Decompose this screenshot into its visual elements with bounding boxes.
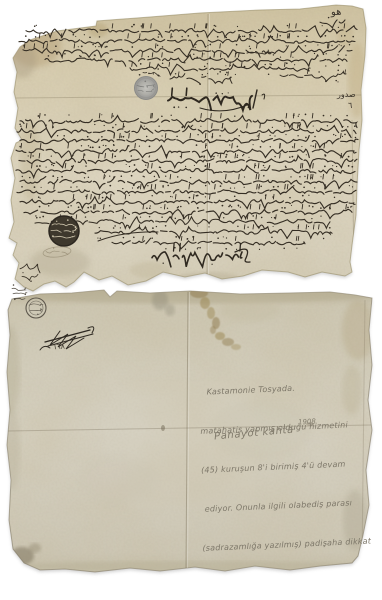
- diacritic-dot: [268, 50, 269, 51]
- alif-stroke: [151, 24, 152, 28]
- alif-stroke: [257, 184, 258, 189]
- diacritic-dot: [34, 25, 36, 27]
- alif-stroke: [287, 184, 288, 189]
- alif-stroke: [302, 163, 303, 168]
- diacritic-dot: [351, 166, 353, 168]
- diacritic-dot: [144, 176, 145, 177]
- alif-stroke: [21, 143, 22, 148]
- diacritic-dot: [235, 74, 236, 75]
- diacritic-dot: [72, 231, 74, 233]
- diacritic-dot: [22, 176, 23, 177]
- diacritic-dot: [226, 37, 228, 39]
- diacritic-dot: [248, 107, 250, 109]
- diacritic-dot: [329, 227, 331, 229]
- diacritic-dot: [101, 45, 103, 47]
- alif-stroke: [140, 34, 141, 38]
- diacritic-dot: [204, 66, 206, 68]
- alif-stroke: [181, 236, 182, 240]
- diacritic-dot: [88, 145, 89, 146]
- diacritic-dot: [338, 27, 339, 28]
- diacritic-dot: [99, 146, 101, 148]
- diacritic-dot: [80, 56, 82, 58]
- diacritic-dot: [291, 205, 292, 206]
- diacritic-dot: [199, 247, 201, 249]
- diacritic-dot: [229, 144, 230, 145]
- diacritic-dot: [244, 176, 245, 177]
- alif-stroke: [34, 44, 35, 48]
- diacritic-dot: [285, 166, 286, 167]
- diacritic-dot: [152, 227, 154, 229]
- alif-stroke: [296, 236, 297, 240]
- alif-stroke: [250, 204, 251, 209]
- diacritic-dot: [273, 226, 274, 227]
- diacritic-dot: [167, 185, 169, 187]
- alif-stroke: [211, 113, 212, 118]
- alif-stroke: [143, 204, 144, 209]
- diacritic-dot: [165, 225, 167, 227]
- diacritic-dot: [38, 115, 40, 117]
- diacritic-dot: [203, 155, 205, 157]
- alif-stroke: [222, 123, 223, 128]
- diacritic-dot: [19, 123, 21, 125]
- diacritic-dot: [191, 126, 193, 128]
- alif-stroke: [296, 24, 297, 28]
- diacritic-dot: [294, 64, 295, 65]
- diacritic-dot: [225, 65, 226, 66]
- diacritic-dot: [341, 45, 342, 46]
- alif-stroke: [99, 194, 100, 199]
- alif-stroke: [201, 113, 202, 118]
- diacritic-dot: [109, 185, 111, 187]
- alif-stroke: [135, 143, 136, 148]
- alif-stroke: [142, 24, 143, 28]
- diacritic-dot: [29, 177, 30, 178]
- diacritic-dot: [231, 206, 232, 207]
- diacritic-dot: [330, 115, 331, 116]
- diacritic-dot: [286, 237, 287, 238]
- alif-stroke: [151, 113, 152, 118]
- diacritic-dot: [109, 205, 110, 206]
- diacritic-dot: [88, 177, 89, 178]
- diacritic-dot: [87, 136, 89, 138]
- diacritic-dot: [99, 227, 100, 228]
- diacritic-dot: [328, 17, 329, 18]
- diacritic-dot: [133, 24, 135, 26]
- alif-stroke: [104, 204, 105, 209]
- diacritic-dot: [104, 125, 105, 126]
- diacritic-dot: [44, 114, 46, 116]
- alif-stroke: [61, 34, 62, 38]
- diacritic-dot: [41, 187, 42, 188]
- diacritic-dot: [131, 46, 133, 48]
- diacritic-dot: [71, 166, 73, 168]
- invocation-mark: هو: [331, 7, 341, 18]
- diacritic-dot: [36, 217, 38, 219]
- diacritic-dot: [200, 126, 201, 127]
- diacritic-dot: [225, 74, 226, 75]
- alif-stroke: [221, 113, 222, 118]
- diacritic-dot: [197, 207, 198, 208]
- alif-stroke: [112, 113, 113, 118]
- alif-stroke: [285, 62, 286, 66]
- alif-stroke: [257, 44, 258, 48]
- pencil-annotation: Kastamonie Tosyada. matahatis yapmış old…: [197, 352, 382, 580]
- diacritic-dot: [263, 165, 264, 166]
- diacritic-dot: [163, 263, 164, 264]
- diacritic-dot: [131, 26, 133, 28]
- diacritic-dot: [78, 206, 80, 208]
- diacritic-dot: [46, 167, 47, 168]
- alif-stroke: [74, 44, 75, 48]
- diacritic-dot: [81, 46, 83, 48]
- alif-stroke: [302, 204, 303, 209]
- diacritic-dot: [147, 86, 148, 87]
- alif-stroke: [232, 143, 233, 148]
- diacritic-dot: [308, 226, 309, 227]
- diacritic-dot: [70, 205, 71, 206]
- alif-stroke: [256, 215, 257, 219]
- diacritic-dot: [197, 247, 198, 248]
- diacritic-dot: [101, 114, 102, 115]
- diacritic-dot: [33, 125, 35, 127]
- diacritic-dot: [181, 127, 183, 129]
- diacritic-dot: [312, 206, 314, 208]
- diacritic-dot: [263, 175, 265, 177]
- diacritic-dot: [209, 56, 211, 58]
- diacritic-dot: [197, 225, 198, 226]
- diacritic-dot: [226, 154, 228, 156]
- diacritic-dot: [236, 44, 238, 46]
- alif-stroke: [247, 215, 248, 219]
- diacritic-dot: [81, 145, 82, 146]
- diacritic-dot: [320, 207, 322, 209]
- alif-stroke: [206, 24, 207, 28]
- diacritic-dot: [220, 185, 222, 187]
- alif-stroke: [193, 194, 194, 199]
- diacritic-dot: [293, 185, 294, 186]
- alif-stroke: [333, 174, 334, 179]
- diacritic-dot: [40, 198, 41, 199]
- diacritic-dot: [197, 34, 199, 36]
- diacritic-dot: [351, 206, 352, 207]
- diacritic-dot: [349, 44, 350, 45]
- diacritic-dot: [314, 187, 315, 188]
- diacritic-dot: [39, 217, 40, 218]
- diacritic-dot: [247, 226, 248, 227]
- diacritic-dot: [273, 186, 275, 188]
- alif-stroke: [148, 163, 149, 168]
- diacritic-dot: [158, 34, 159, 35]
- alif-stroke: [123, 215, 124, 219]
- diacritic-dot: [274, 135, 275, 136]
- diacritic-dot: [189, 197, 191, 199]
- diacritic-dot: [129, 166, 130, 167]
- diacritic-dot: [217, 155, 218, 156]
- diacritic-dot: [165, 154, 167, 156]
- diacritic-dot: [306, 35, 308, 37]
- diacritic-dot: [304, 176, 305, 177]
- alif-stroke: [47, 44, 48, 48]
- diacritic-dot: [35, 36, 37, 38]
- embossed-round-seal: [135, 77, 158, 100]
- diacritic-dot: [298, 116, 299, 117]
- alif-stroke: [346, 204, 347, 209]
- alif-stroke: [172, 215, 173, 219]
- diacritic-dot: [90, 146, 92, 148]
- diacritic-dot: [240, 36, 241, 37]
- diacritic-dot: [207, 45, 208, 46]
- diacritic-dot: [219, 71, 221, 73]
- alif-stroke: [149, 62, 150, 66]
- diacritic-dot: [165, 248, 166, 249]
- diacritic-dot: [217, 237, 219, 239]
- diacritic-dot: [214, 25, 216, 27]
- diacritic-dot: [197, 36, 198, 37]
- diacritic-dot: [34, 186, 36, 188]
- alif-stroke: [151, 184, 152, 189]
- margin-word: صدور: [337, 90, 356, 99]
- diacritic-dot: [252, 215, 254, 217]
- diacritic-dot: [53, 247, 54, 248]
- alif-stroke: [209, 163, 210, 168]
- alif-stroke: [140, 184, 141, 189]
- alif-stroke: [230, 62, 231, 66]
- diacritic-dot: [244, 187, 245, 188]
- alif-stroke: [258, 163, 259, 168]
- alif-stroke: [125, 194, 126, 199]
- diacritic-dot: [289, 197, 291, 199]
- diacritic-dot: [149, 146, 151, 148]
- pencil-date: 1908: [298, 418, 316, 427]
- alif-stroke: [190, 133, 191, 138]
- alif-stroke: [298, 225, 299, 229]
- alif-stroke: [110, 194, 111, 199]
- alif-stroke: [277, 34, 278, 38]
- diacritic-dot: [51, 155, 52, 156]
- alif-stroke: [84, 153, 85, 158]
- pencil-annotation-line: ediyor. Onunla ilgili olabediş parası: [205, 495, 380, 516]
- diacritic-dot: [333, 134, 334, 135]
- diacritic-dot: [342, 126, 343, 127]
- alif-stroke: [99, 113, 100, 118]
- alif-stroke: [132, 62, 133, 66]
- alif-stroke: [152, 53, 153, 57]
- diacritic-dot: [354, 125, 356, 127]
- diacritic-dot: [101, 136, 103, 138]
- alif-stroke: [105, 153, 106, 158]
- diacritic-dot: [253, 144, 254, 145]
- diacritic-dot: [277, 186, 279, 188]
- alif-stroke: [325, 184, 326, 189]
- alif-stroke: [259, 184, 260, 189]
- alif-stroke: [344, 24, 345, 28]
- alif-stroke: [165, 133, 166, 138]
- diacritic-dot: [181, 36, 182, 37]
- alif-stroke: [40, 113, 41, 118]
- diacritic-dot: [290, 176, 291, 177]
- diacritic-dot: [149, 155, 150, 156]
- diacritic-dot: [178, 106, 179, 107]
- alif-stroke: [313, 163, 314, 168]
- diacritic-dot: [211, 264, 212, 265]
- diacritic-dot: [260, 146, 262, 148]
- diacritic-dot: [175, 218, 176, 219]
- diacritic-dot: [242, 36, 243, 37]
- alif-stroke: [323, 174, 324, 179]
- diacritic-dot: [170, 196, 171, 197]
- diacritic-dot: [48, 55, 50, 57]
- diacritic-dot: [114, 225, 115, 226]
- diacritic-dot: [211, 155, 213, 157]
- diacritic-dot: [13, 284, 15, 286]
- diacritic-dot: [249, 46, 250, 47]
- alif-stroke: [306, 225, 307, 229]
- diacritic-dot: [113, 227, 115, 229]
- diacritic-dot: [248, 157, 249, 158]
- diacritic-dot: [157, 68, 159, 70]
- diacritic-dot: [109, 175, 110, 176]
- diacritic-dot: [292, 146, 293, 147]
- alif-stroke: [112, 153, 113, 158]
- alif-stroke: [206, 24, 207, 28]
- diacritic-dot: [180, 206, 182, 208]
- alif-stroke: [112, 24, 113, 28]
- diacritic-dot: [171, 115, 172, 116]
- diacritic-dot: [33, 175, 34, 176]
- diacritic-dot: [139, 74, 141, 76]
- diacritic-dot: [177, 207, 179, 209]
- diacritic-dot: [25, 35, 27, 37]
- diacritic-dot: [341, 35, 342, 36]
- diacritic-dot: [48, 205, 49, 206]
- alif-stroke: [298, 236, 299, 240]
- diacritic-dot: [195, 44, 196, 45]
- alif-stroke: [226, 174, 227, 179]
- alif-stroke: [264, 34, 265, 38]
- diacritic-dot: [254, 35, 256, 37]
- alif-stroke: [172, 88, 173, 95]
- alif-stroke: [24, 44, 25, 48]
- diacritic-dot: [222, 205, 224, 207]
- diacritic-dot: [208, 226, 209, 227]
- diacritic-dot: [270, 146, 271, 147]
- diacritic-dot: [286, 45, 287, 46]
- diacritic-dot: [229, 205, 231, 207]
- alif-stroke: [315, 143, 316, 148]
- alif-stroke: [169, 62, 170, 66]
- alif-stroke: [26, 123, 27, 128]
- diacritic-dot: [140, 217, 141, 218]
- diacritic-dot: [237, 155, 238, 156]
- diacritic-dot: [154, 176, 155, 177]
- alif-stroke: [186, 88, 187, 95]
- diacritic-dot: [348, 165, 350, 167]
- diacritic-dot: [184, 62, 185, 63]
- diacritic-dot: [239, 135, 240, 136]
- diacritic-dot: [113, 115, 114, 116]
- diacritic-dot: [146, 208, 148, 210]
- diacritic-dot: [144, 80, 146, 82]
- alif-stroke: [205, 143, 206, 148]
- alif-stroke: [155, 184, 156, 189]
- alif-stroke: [31, 153, 32, 158]
- diacritic-dot: [268, 74, 270, 76]
- diacritic-dot: [228, 92, 229, 93]
- alif-stroke: [311, 174, 312, 179]
- diacritic-dot: [347, 126, 348, 127]
- diacritic-dot: [95, 46, 96, 47]
- diacritic-dot: [334, 197, 335, 198]
- diacritic-dot: [298, 114, 299, 115]
- diacritic-dot: [321, 36, 322, 37]
- alif-stroke: [330, 204, 331, 209]
- diacritic-dot: [313, 145, 315, 147]
- diacritic-dot: [30, 280, 32, 282]
- diacritic-dot: [280, 57, 281, 58]
- diacritic-dot: [320, 176, 321, 177]
- diacritic-dot: [219, 135, 220, 136]
- diacritic-dot: [308, 195, 309, 196]
- diacritic-dot: [201, 155, 203, 157]
- diacritic-dot: [303, 186, 305, 188]
- alif-stroke: [91, 194, 92, 199]
- diacritic-dot: [39, 165, 41, 167]
- diacritic-dot: [139, 146, 140, 147]
- alif-stroke: [189, 184, 190, 189]
- alif-stroke: [285, 184, 286, 189]
- diacritic-dot: [337, 70, 339, 72]
- diacritic-dot: [236, 156, 238, 158]
- alif-stroke: [162, 53, 163, 57]
- alif-stroke: [39, 153, 40, 158]
- diacritic-dot: [153, 73, 154, 74]
- diacritic-dot: [32, 155, 33, 156]
- diacritic-dot: [259, 249, 260, 250]
- diacritic-dot: [281, 207, 283, 209]
- alif-stroke: [256, 174, 257, 179]
- diacritic-dot: [286, 62, 288, 64]
- alif-stroke: [265, 194, 266, 199]
- diacritic-dot: [342, 136, 343, 137]
- alif-stroke: [123, 123, 124, 128]
- diacritic-dot: [310, 145, 311, 146]
- diacritic-dot: [257, 226, 259, 228]
- alif-stroke: [250, 34, 251, 38]
- diacritic-dot: [22, 272, 23, 273]
- diacritic-dot: [38, 196, 40, 198]
- diacritic-dot: [325, 35, 327, 37]
- diacritic-dot: [112, 127, 114, 129]
- diacritic-dot: [332, 165, 333, 166]
- diacritic-dot: [289, 156, 291, 158]
- diacritic-dot: [325, 80, 327, 82]
- diacritic-dot: [144, 126, 145, 127]
- diacritic-dot: [226, 72, 228, 74]
- diacritic-dot: [314, 53, 315, 54]
- diacritic-dot: [133, 237, 135, 239]
- diacritic-dot: [158, 36, 160, 38]
- diacritic-dot: [202, 74, 203, 75]
- diacritic-dot: [269, 63, 270, 64]
- alif-stroke: [291, 53, 292, 57]
- diacritic-dot: [299, 176, 301, 178]
- alif-stroke: [40, 143, 41, 148]
- diacritic-dot: [160, 207, 161, 208]
- diacritic-dot: [37, 314, 38, 315]
- diacritic-dot: [297, 135, 298, 136]
- diacritic-dot: [84, 34, 85, 35]
- diacritic-dot: [326, 53, 327, 54]
